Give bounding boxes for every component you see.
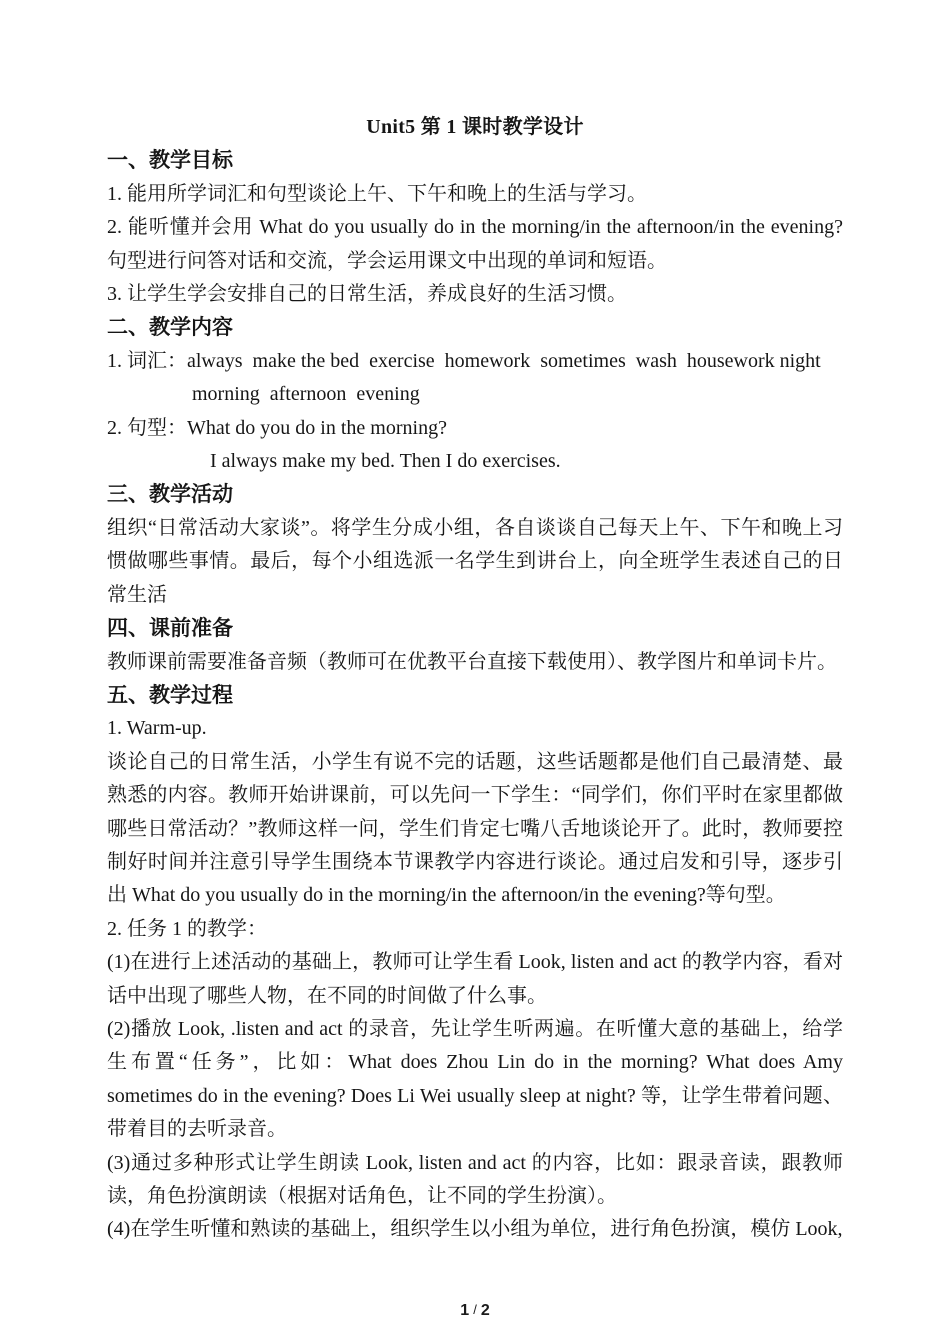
paragraph: (3)通过多种形式让学生朗读 Look, listen and act 的内容，…: [107, 1147, 843, 1214]
paragraph: (2)播放 Look, .listen and act 的录音，先让学生听两遍。…: [107, 1013, 843, 1147]
page-number-separator: /: [469, 1302, 481, 1317]
document-title: Unit5 第 1 课时教学设计: [107, 111, 843, 144]
paragraph: 2. 任务 1 的教学：: [107, 913, 843, 946]
section-heading-process: 五、教学过程: [107, 679, 843, 712]
section-heading-activities: 三、教学活动: [107, 478, 843, 511]
paragraph: 2. 能听懂并会用 What do you usually do in the …: [107, 211, 843, 278]
page-footer: 1/2: [0, 1302, 950, 1320]
document-page: Unit5 第 1 课时教学设计 一、教学目标 1. 能用所学词汇和句型谈论上午…: [0, 0, 950, 1344]
sentence-pattern-line: 2. 句型：What do you do in the morning?: [107, 412, 843, 445]
section-heading-objectives: 一、教学目标: [107, 144, 843, 177]
paragraph: (1)在进行上述活动的基础上，教师可让学生看 Look, listen and …: [107, 946, 843, 1013]
document-body: Unit5 第 1 课时教学设计 一、教学目标 1. 能用所学词汇和句型谈论上午…: [107, 111, 843, 1247]
paragraph: (4)在学生听懂和熟读的基础上，组织学生以小组为单位，进行角色扮演，模仿 Loo…: [107, 1213, 843, 1246]
paragraph: 1. 能用所学词汇和句型谈论上午、下午和晚上的生活与学习。: [107, 178, 843, 211]
paragraph: 组织“日常活动大家谈”。将学生分成小组，各自谈谈自己每天上午、下午和晚上习惯做哪…: [107, 512, 843, 612]
paragraph: 谈论自己的日常生活，小学生有说不完的话题，这些话题都是他们自己最清楚、最熟悉的内…: [107, 746, 843, 913]
section-heading-content: 二、教学内容: [107, 311, 843, 344]
section-heading-preparation: 四、课前准备: [107, 612, 843, 645]
paragraph: 1. Warm-up.: [107, 712, 843, 745]
page-number-current: 1: [460, 1302, 469, 1319]
vocabulary-line: 1. 词汇：always make the bed exercise homew…: [107, 345, 843, 378]
sentence-pattern-line: I always make my bed. Then I do exercise…: [107, 445, 843, 478]
paragraph: 3. 让学生学会安排自己的日常生活，养成良好的生活习惯。: [107, 278, 843, 311]
vocabulary-line: morning afternoon evening: [107, 378, 843, 411]
paragraph: 教师课前需要准备音频（教师可在优教平台直接下载使用）、教学图片和单词卡片。: [107, 646, 843, 679]
page-number-total: 2: [481, 1302, 490, 1319]
